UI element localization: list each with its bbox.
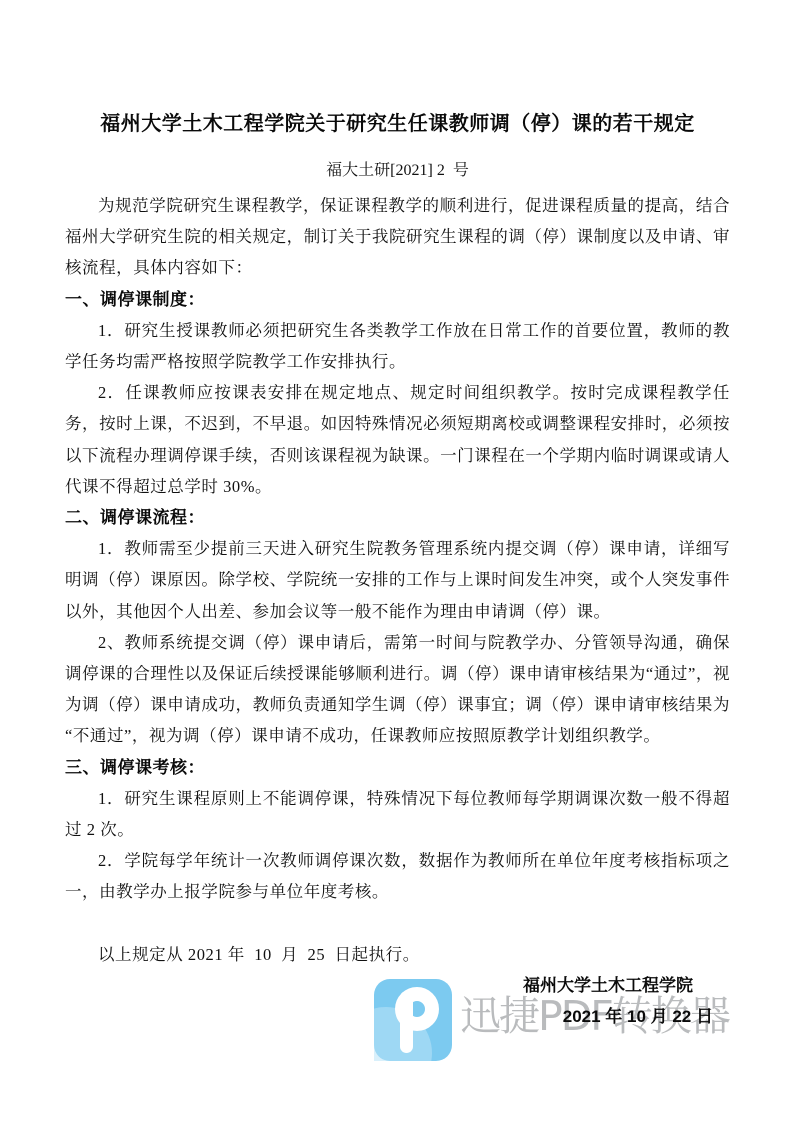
doc-number: 福大土研[2021] 2 号 bbox=[65, 159, 730, 183]
section-2-item-1: 1．教师需至少提前三天进入研究生院教务管理系统内提交调（停）课申请，详细写明调（… bbox=[65, 533, 730, 627]
section-3-heading: 三、调停课考核： bbox=[65, 752, 730, 783]
section-3-item-2: 2．学院每学年统计一次教师调停课次数，数据作为教师所在单位年度考核指标项之一，由… bbox=[65, 845, 730, 907]
section-2-item-2: 2、教师系统提交调（停）课申请后，需第一时间与院教学办、分管领导沟通，确保调停课… bbox=[65, 627, 730, 752]
signature-organization: 福州大学土木工程学院 bbox=[65, 970, 730, 1002]
section-1-item-1: 1．研究生授课教师必须把研究生各类教学工作放在日常工作的首要位置，教师的教学任务… bbox=[65, 315, 730, 377]
section-1-heading: 一、调停课制度： bbox=[65, 284, 730, 315]
document-page: 福州大学土木工程学院关于研究生任课教师调（停）课的若干规定 福大土研[2021]… bbox=[0, 0, 793, 1122]
intro-paragraph: 为规范学院研究生课程教学，保证课程教学的顺利进行，促进课程质量的提高，结合福州大… bbox=[65, 190, 730, 284]
section-3-item-1: 1．研究生课程原则上不能调停课，特殊情况下每位教师每学期调课次数一般不得超过 2… bbox=[65, 783, 730, 845]
signature-block: 福州大学土木工程学院 2021 年 10 月 22 日 bbox=[65, 970, 730, 1033]
signature-date: 2021 年 10 月 22 日 bbox=[65, 1001, 730, 1033]
document-title: 福州大学土木工程学院关于研究生任课教师调（停）课的若干规定 bbox=[65, 111, 730, 137]
effective-date-line: 以上规定从 2021 年 10 月 25 日起执行。 bbox=[65, 939, 730, 970]
section-2-heading: 二、调停课流程： bbox=[65, 502, 730, 533]
section-1-item-2: 2．任课教师应按课表安排在规定地点、规定时间组织教学。按时完成课程教学任务，按时… bbox=[65, 377, 730, 502]
document-body: 为规范学院研究生课程教学，保证课程教学的顺利进行，促进课程质量的提高，结合福州大… bbox=[65, 190, 730, 970]
